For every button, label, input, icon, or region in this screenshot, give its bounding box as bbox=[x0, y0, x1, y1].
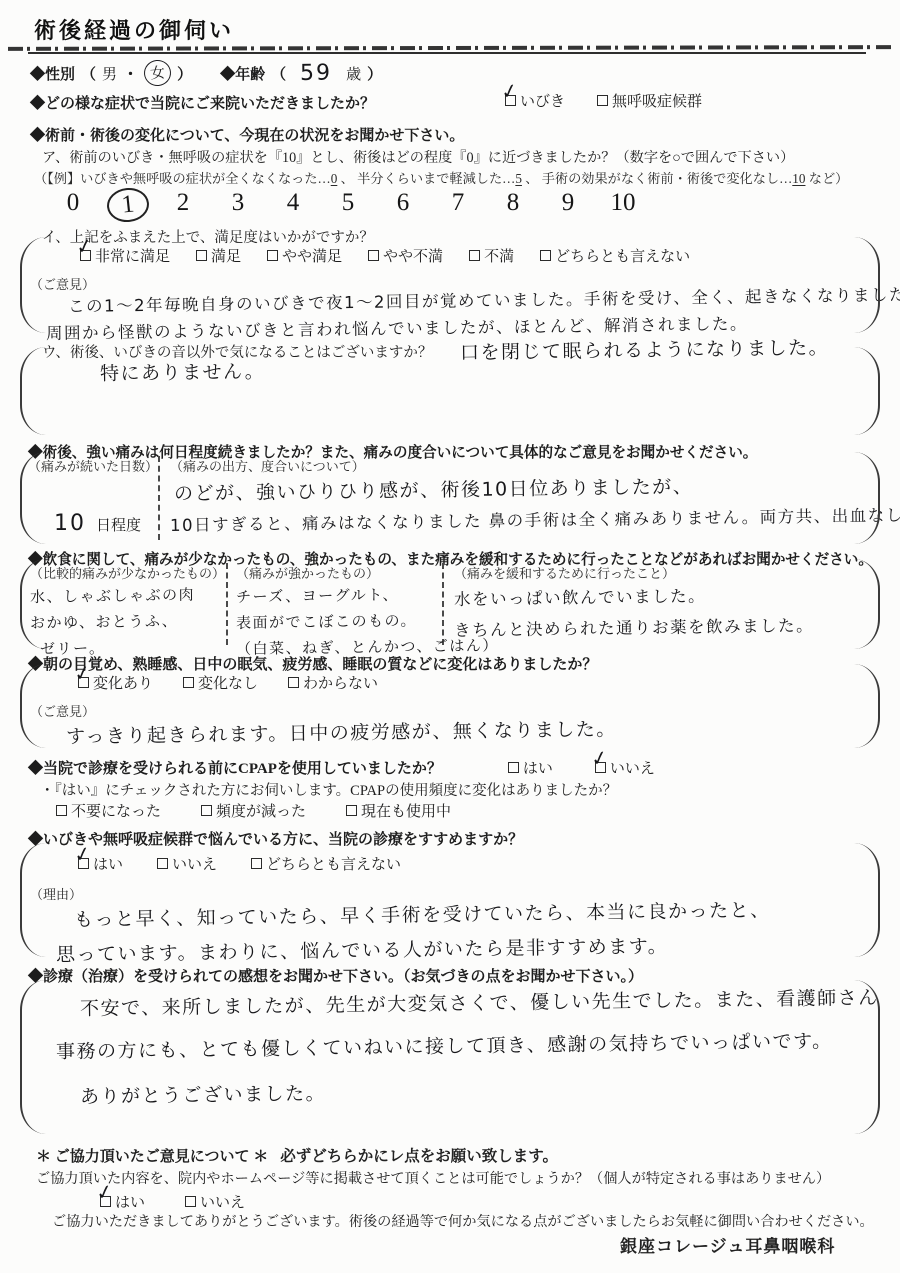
scale-number-7[interactable]: 7 bbox=[437, 188, 479, 222]
scale-number-2[interactable]: 2 bbox=[162, 188, 204, 222]
symptom-row: ◆どの様な症状で当院にご来院いただきましたか？ bbox=[30, 92, 375, 113]
change-question-a: ア、術前のいびき・無呼吸の症状を『10』とし、術後はどの程度『0』に近づきました… bbox=[42, 147, 794, 167]
check-mark: ✓ bbox=[72, 660, 93, 687]
checkbox-label: やや満足 bbox=[282, 245, 342, 266]
eating-col-label: （痛みを緩和するために行ったこと） bbox=[454, 563, 852, 582]
eating-line: きちんと決められた通りお薬を飲みました。 bbox=[454, 611, 852, 641]
eating-col-label: （比較的痛みが少なかったもの） bbox=[30, 563, 226, 582]
checkbox-recommend-no[interactable]: ✓ いいえ bbox=[157, 853, 217, 874]
sleep-options: ✓ 変化あり ✓ 変化なし ✓ わからない bbox=[78, 672, 846, 693]
thanks-message: ご協力いただきましてありがとうございます。術後の経過等で何か気になる点がございま… bbox=[52, 1211, 874, 1231]
clinic-name: 銀座コレージュ耳鼻咽喉科 bbox=[620, 1232, 835, 1257]
checkbox-snoring[interactable]: ✓ いびき bbox=[505, 90, 565, 111]
profile-row: ◆性別 （ 男 ・ 女 ） ◆年齢 （ 59 歳 ） bbox=[30, 60, 382, 86]
checkbox-label: 無呼吸症候群 bbox=[612, 90, 702, 111]
checkbox-label: 満足 bbox=[211, 245, 241, 266]
checkbox-square bbox=[288, 677, 299, 688]
eating-line: 表面がでこぼこのもの。 bbox=[236, 609, 442, 633]
scale-number-5[interactable]: 5 bbox=[327, 188, 369, 222]
checkbox-somewhat-satisfied[interactable]: ✓ やや満足 bbox=[267, 245, 342, 266]
paren: ） bbox=[177, 63, 192, 84]
rating-scale: 0 1 2 3 4 5 6 7 8 9 10 bbox=[52, 188, 644, 222]
pain-answer-box[interactable]: （痛みが続いた日数） 10 日程度 （痛みの出方、度合いについて） のどが、強い… bbox=[20, 452, 880, 544]
cpap-question: ◆当院で診療を受けられる前にCPAPを使用していましたか？ bbox=[28, 757, 442, 778]
gender-label: ◆性別 bbox=[30, 63, 75, 84]
scale-number-1-circled[interactable]: 1 bbox=[105, 186, 150, 224]
recommend-answer-box[interactable]: ✓ はい ✓ いいえ ✓ どちらとも言えない （理由） もっと早く、知っていたら… bbox=[20, 843, 880, 957]
gender-female-label: 女 bbox=[149, 65, 165, 82]
check-mark: ✓ bbox=[589, 745, 610, 772]
scale-number-10[interactable]: 10 bbox=[602, 188, 644, 222]
paren: （ bbox=[271, 63, 286, 84]
checkbox-label: 非常に満足 bbox=[95, 245, 170, 266]
checkbox-changed[interactable]: ✓ 変化あり bbox=[78, 672, 153, 693]
footer-note-prefix: ＊ ご協力頂いたご意見について ＊ bbox=[36, 1145, 268, 1166]
example-text: 、 手術の効果がなく術前・術後で変化なし… bbox=[522, 171, 792, 186]
checkbox-square bbox=[56, 805, 67, 816]
scale-number-6[interactable]: 6 bbox=[382, 188, 424, 222]
impression-line-3: ありがとうございました。 bbox=[80, 1071, 846, 1109]
checkbox-label: どちらとも言えない bbox=[266, 853, 401, 874]
eating-line: おかゆ、おとうふ、 bbox=[30, 609, 226, 633]
eating-answer-box[interactable]: （比較的痛みが少なかったもの） 水、しゃぶしゃぶの肉 おかゆ、おとうふ、 ゼリー… bbox=[20, 559, 880, 649]
checkbox-publish-no[interactable]: ✓ いいえ bbox=[185, 1191, 245, 1212]
pain-days-label: （痛みが続いた日数） bbox=[28, 456, 158, 475]
change-example: （【例】いびきや無呼吸の症状が全くなくなった…0 、 半分くらいまで軽減した…5… bbox=[34, 168, 848, 187]
age-unit: 歳 bbox=[346, 63, 361, 84]
checkbox-publish-yes[interactable]: ✓ はい bbox=[100, 1191, 145, 1212]
scale-number-0[interactable]: 0 bbox=[52, 188, 94, 222]
eating-col-less-pain: （比較的痛みが少なかったもの） 水、しゃぶしゃぶの肉 おかゆ、おとうふ、 ゼリー… bbox=[30, 563, 226, 645]
cpap-sub-question: ・『はい』にチェックされた方にお伺いします。CPAPの使用頻度に変化はありました… bbox=[40, 779, 617, 800]
example-text: 、 半分くらいまで軽減した… bbox=[337, 171, 515, 186]
checkbox-label: やや不満 bbox=[383, 245, 443, 266]
symptom-question: ◆どの様な症状で当院にご来院いただきましたか？ bbox=[30, 96, 375, 112]
checkbox-cpap-no[interactable]: ✓ いいえ bbox=[595, 757, 655, 778]
checkbox-square bbox=[196, 250, 207, 261]
pain-desc-line-2: 10日すぎると、痛みはなくなりました 鼻の手術は全く痛みありません。両方共、出血… bbox=[170, 502, 900, 536]
cpap-sub-options: ✓ 不要になった ✓ 頻度が減った ✓ 現在も使用中 bbox=[56, 800, 451, 821]
checkbox-label: わからない bbox=[303, 672, 378, 693]
checkbox-square bbox=[368, 250, 379, 261]
question-u-answer-box[interactable]: 特にありません。 bbox=[20, 347, 880, 435]
checkbox-square bbox=[251, 858, 262, 869]
pain-days-unit: 日程度 bbox=[96, 518, 141, 534]
eating-col-label: （痛みが強かったもの） bbox=[236, 563, 442, 582]
checkbox-square bbox=[469, 250, 480, 261]
checkbox-label: 不要になった bbox=[71, 800, 161, 821]
checkbox-very-satisfied[interactable]: ✓ 非常に満足 bbox=[80, 245, 170, 266]
dot-separator: ・ bbox=[123, 63, 138, 84]
check-mark: ✓ bbox=[72, 841, 93, 868]
reason-line-2: 思っています。まわりに、悩んでいる人がいたら是非すすめます。 bbox=[56, 929, 846, 967]
checkbox-square bbox=[346, 805, 357, 816]
impression-answer-box[interactable]: 不安で、来所しましたが、先生が大変気さくで、優しい先生でした。また、看護師さん … bbox=[20, 980, 880, 1134]
pain-days-column: （痛みが続いた日数） 10 日程度 bbox=[28, 456, 158, 540]
checkbox-frequency-reduced[interactable]: ✓ 頻度が減った bbox=[201, 800, 306, 821]
checkbox-neither[interactable]: ✓ どちらとも言えない bbox=[540, 245, 690, 266]
eating-line: 水、しゃぶしゃぶの肉 bbox=[30, 583, 226, 607]
question-u-box-answer: 特にありません。 bbox=[100, 349, 846, 386]
scale-number-9[interactable]: 9 bbox=[547, 188, 589, 222]
checkbox-label: いいえ bbox=[172, 853, 217, 874]
checkbox-label: はい bbox=[115, 1191, 145, 1212]
checkbox-square bbox=[267, 250, 278, 261]
recommend-options: ✓ はい ✓ いいえ ✓ どちらとも言えない bbox=[78, 853, 846, 874]
eating-col-relief: （痛みを緩和するために行ったこと） 水をいっぱい飲んでいました。 きちんと決めら… bbox=[442, 563, 852, 645]
scale-number-4[interactable]: 4 bbox=[272, 188, 314, 222]
checkbox-square bbox=[597, 95, 608, 106]
impression-line-2: 事務の方にも、とても優しくていねいに接して頂き、感謝の気持ちでいっぱいです。 bbox=[56, 1026, 846, 1064]
footer-note-bold: 必ずどちらかにレ点をお願い致します。 bbox=[280, 1144, 558, 1166]
example-text: （【例】いびきや無呼吸の症状が全くなくなった… bbox=[34, 171, 331, 186]
paren: （ bbox=[81, 63, 96, 84]
checkbox-square bbox=[157, 858, 168, 869]
checkbox-label: はい bbox=[93, 853, 123, 874]
checkbox-square bbox=[185, 1196, 196, 1207]
publish-options: ✓ はい ✓ いいえ bbox=[100, 1191, 245, 1212]
checkbox-dissatisfied[interactable]: ✓ 不満 bbox=[469, 245, 514, 266]
checkbox-recommend-yes[interactable]: ✓ はい bbox=[78, 853, 123, 874]
checkbox-unknown[interactable]: ✓ わからない bbox=[288, 672, 378, 693]
symptom-options: ✓ いびき ✓ 無呼吸症候群 bbox=[505, 90, 702, 111]
check-mark: ✓ bbox=[499, 78, 520, 105]
checkbox-square bbox=[201, 805, 212, 816]
publish-question: ご協力頂いた内容を、院内やホームページ等に掲載させて頂くことは可能でしょうか？（… bbox=[36, 1168, 830, 1188]
age-label: ◆年齢 bbox=[220, 63, 265, 84]
example-text: など） bbox=[805, 171, 848, 186]
paren: ） bbox=[367, 63, 382, 84]
eating-col-more-pain: （痛みが強かったもの） チーズ、ヨーグルト、 表面がでこぼこのもの。 （白菜、ね… bbox=[226, 563, 442, 645]
eating-line: （白菜、ねぎ、とんかつ、ごはん） bbox=[236, 635, 442, 659]
checkbox-no-change[interactable]: ✓ 変化なし bbox=[183, 672, 258, 693]
scale-number-3[interactable]: 3 bbox=[217, 188, 259, 222]
checkbox-square bbox=[540, 250, 551, 261]
checkbox-square bbox=[508, 762, 519, 773]
sleep-answer-box[interactable]: ✓ 変化あり ✓ 変化なし ✓ わからない （ご意見） すっきり起きられます。日… bbox=[20, 664, 880, 748]
checkbox-apnea[interactable]: ✓ 無呼吸症候群 bbox=[597, 90, 702, 111]
checkbox-label: いいえ bbox=[200, 1191, 245, 1212]
checkbox-cpap-yes[interactable]: ✓ はい bbox=[508, 757, 553, 778]
change-heading: ◆術前・術後の変化について、今現在の状況をお聞かせ下さい。 bbox=[30, 124, 464, 145]
checkbox-label: どちらとも言えない bbox=[555, 245, 690, 266]
checkbox-label: 不満 bbox=[484, 245, 514, 266]
scale-number-8[interactable]: 8 bbox=[492, 188, 534, 222]
pain-days-value: 10 bbox=[54, 511, 86, 536]
satisfaction-answer-box[interactable]: ✓ 非常に満足 ✓ 満足 ✓ やや満足 ✓ やや不満 bbox=[20, 237, 880, 333]
example-value-5: 5 bbox=[515, 171, 522, 186]
checkbox-label: いいえ bbox=[610, 757, 655, 778]
checkbox-recommend-neither[interactable]: ✓ どちらとも言えない bbox=[251, 853, 401, 874]
eating-line: 水をいっぱい飲んでいました。 bbox=[454, 580, 852, 610]
age-value-handwritten[interactable]: 59 bbox=[300, 60, 332, 85]
gender-option-female-circled[interactable]: 女 bbox=[143, 59, 172, 87]
cpap-row: ◆当院で診療を受けられる前にCPAPを使用していましたか？ ✓ はい ✓ いいえ bbox=[28, 757, 655, 778]
checkbox-label: 現在も使用中 bbox=[361, 800, 451, 821]
checkbox-label: いびき bbox=[520, 90, 565, 111]
checkbox-label: 変化なし bbox=[198, 672, 258, 693]
checkbox-label: 変化あり bbox=[93, 672, 153, 693]
example-value-10: 10 bbox=[792, 171, 805, 186]
pain-desc-column: （痛みの出方、度合いについて） のどが、強いひりひり感が、術後10日位ありました… bbox=[158, 456, 900, 540]
check-mark: ✓ bbox=[74, 233, 95, 260]
checkbox-label: 頻度が減った bbox=[216, 800, 306, 821]
questionnaire-form: 術後経過の御伺い ◆性別 （ 男 ・ 女 ） ◆年齢 （ 59 歳 ） ◆どの様… bbox=[0, 0, 900, 1273]
eating-line: チーズ、ヨーグルト、 bbox=[236, 583, 442, 607]
gender-option-male[interactable]: 男 bbox=[102, 63, 117, 84]
checkbox-satisfied[interactable]: ✓ 満足 bbox=[196, 245, 241, 266]
checkbox-square bbox=[183, 677, 194, 688]
checkbox-label: はい bbox=[523, 757, 553, 778]
impression-line-1: 不安で、来所しましたが、先生が大変気さくで、優しい先生でした。また、看護師さん bbox=[80, 983, 846, 1021]
footer-note-row: ＊ ご協力頂いたご意見について ＊ 必ずどちらかにレ点をお願い致します。 bbox=[36, 1144, 558, 1166]
satisfaction-options: ✓ 非常に満足 ✓ 満足 ✓ やや満足 ✓ やや不満 bbox=[80, 245, 846, 266]
checkbox-still-using[interactable]: ✓ 現在も使用中 bbox=[346, 800, 451, 821]
checkbox-somewhat-dissatisfied[interactable]: ✓ やや不満 bbox=[368, 245, 443, 266]
checkbox-no-longer-needed[interactable]: ✓ 不要になった bbox=[56, 800, 161, 821]
